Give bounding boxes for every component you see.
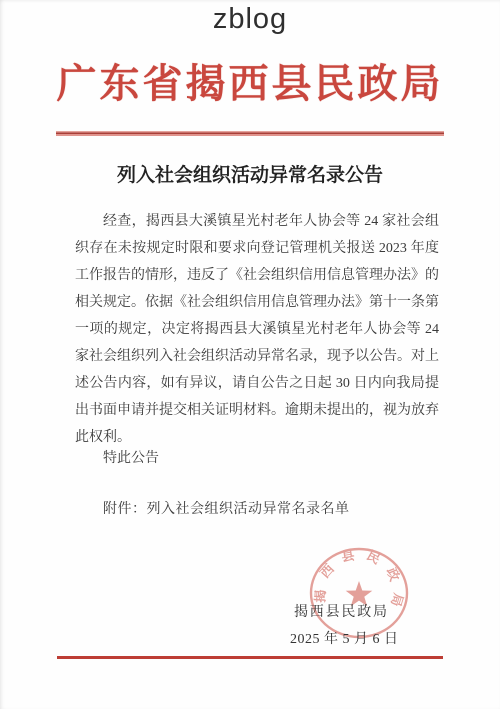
body-line: 述公告内容，如有异议，请自公告之日起 30 日内向我局提 bbox=[75, 370, 439, 397]
footer-divider-rule bbox=[57, 656, 443, 659]
issuing-agency-signature: 揭西县民政局 bbox=[294, 599, 389, 626]
agency-header-text: 广东省揭西县民政局 bbox=[57, 61, 444, 106]
attachment-reference: 附件：列入社会组织活动异常名录名单 bbox=[75, 496, 455, 523]
agency-header: 广东省揭西县民政局 bbox=[0, 62, 500, 106]
body-line: 出书面申请并提交相关证明材料。逾期未提出的，视为放弃 bbox=[75, 397, 439, 424]
signature-block: 揭西县民政局 揭西县民政局 2025 年 5 月 6 日 bbox=[0, 523, 500, 709]
header-divider-rule bbox=[56, 131, 444, 136]
body-line: 工作报告的情形，违反了《社会组织信用信息管理办法》的 bbox=[75, 262, 439, 289]
scanned-document-page: zblog 广东省揭西县民政局 列入社会组织活动异常名录公告 经查，揭西县大溪镇… bbox=[0, 0, 500, 709]
body-line: 经查，揭西县大溪镇星光村老年人协会等 24 家社会组 bbox=[75, 208, 439, 235]
closing-statement: 特此公告 bbox=[75, 445, 439, 472]
body-line: 一项的规定，决定将揭西县大溪镇星光村老年人协会等 24 bbox=[75, 316, 439, 343]
body-line: 家社会组织列入社会组织活动异常名录，现予以公告。对上 bbox=[75, 343, 439, 370]
body-line: 相关规定。依据《社会组织信用信息管理办法》第十一条第 bbox=[75, 289, 439, 316]
issue-date: 2025 年 5 月 6 日 bbox=[290, 626, 399, 653]
site-title[interactable]: zblog bbox=[0, 0, 500, 34]
body-line: 织存在未按规定时限和要求向登记管理机关报送 2023 年度 bbox=[75, 235, 439, 262]
document-title: 列入社会组织活动异常名录公告 bbox=[0, 163, 500, 188]
document-body-paragraph: 经查，揭西县大溪镇星光村老年人协会等 24 家社会组织存在未按规定时限和要求向登… bbox=[75, 208, 439, 451]
